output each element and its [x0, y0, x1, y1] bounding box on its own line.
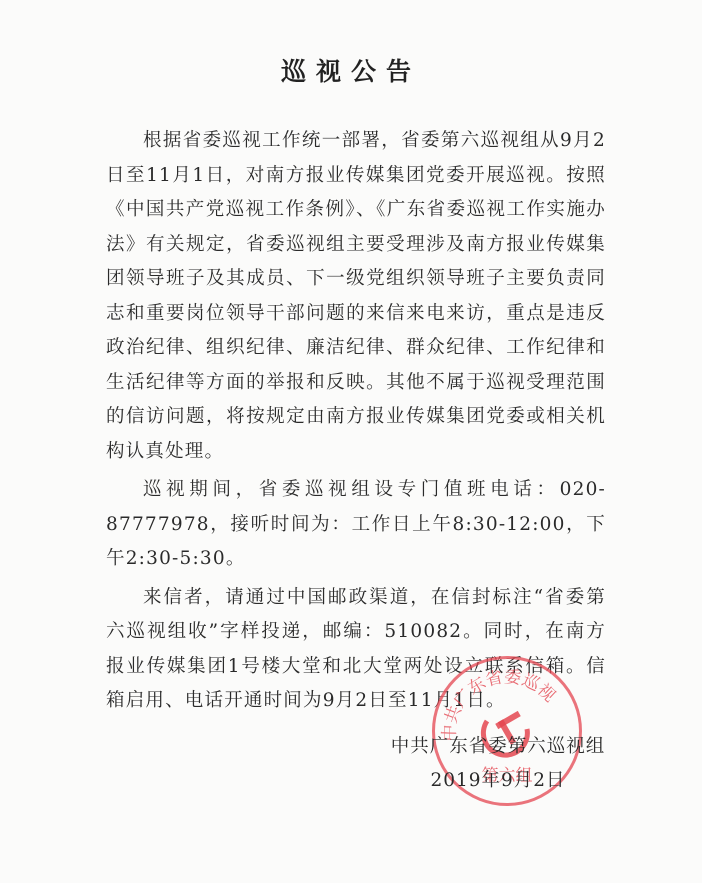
paragraph-phone: 巡视期间，省委巡视组设专门值班电话：020-87777978，接听时间为：工作日…	[106, 473, 606, 577]
notice-title: 巡视公告	[0, 52, 702, 88]
signing-date: 2019年9月2日	[388, 764, 608, 798]
signature-block: 中共广东省委第六巡视组 2019年9月2日	[388, 730, 608, 798]
notice-page: 巡视公告 根据省委巡视工作统一部署，省委第六巡视组从9月2日至11月1日，对南方…	[0, 0, 702, 883]
paragraph-scope: 根据省委巡视工作统一部署，省委第六巡视组从9月2日至11月1日，对南方报业传媒集…	[106, 124, 606, 469]
paragraph-mail: 来信者，请通过中国邮政渠道，在信封标注“省委第六巡视组收”字样投递，邮编：510…	[106, 581, 606, 719]
notice-body: 根据省委巡视工作统一部署，省委第六巡视组从9月2日至11月1日，对南方报业传媒集…	[106, 124, 606, 719]
signing-organization: 中共广东省委第六巡视组	[388, 730, 608, 764]
